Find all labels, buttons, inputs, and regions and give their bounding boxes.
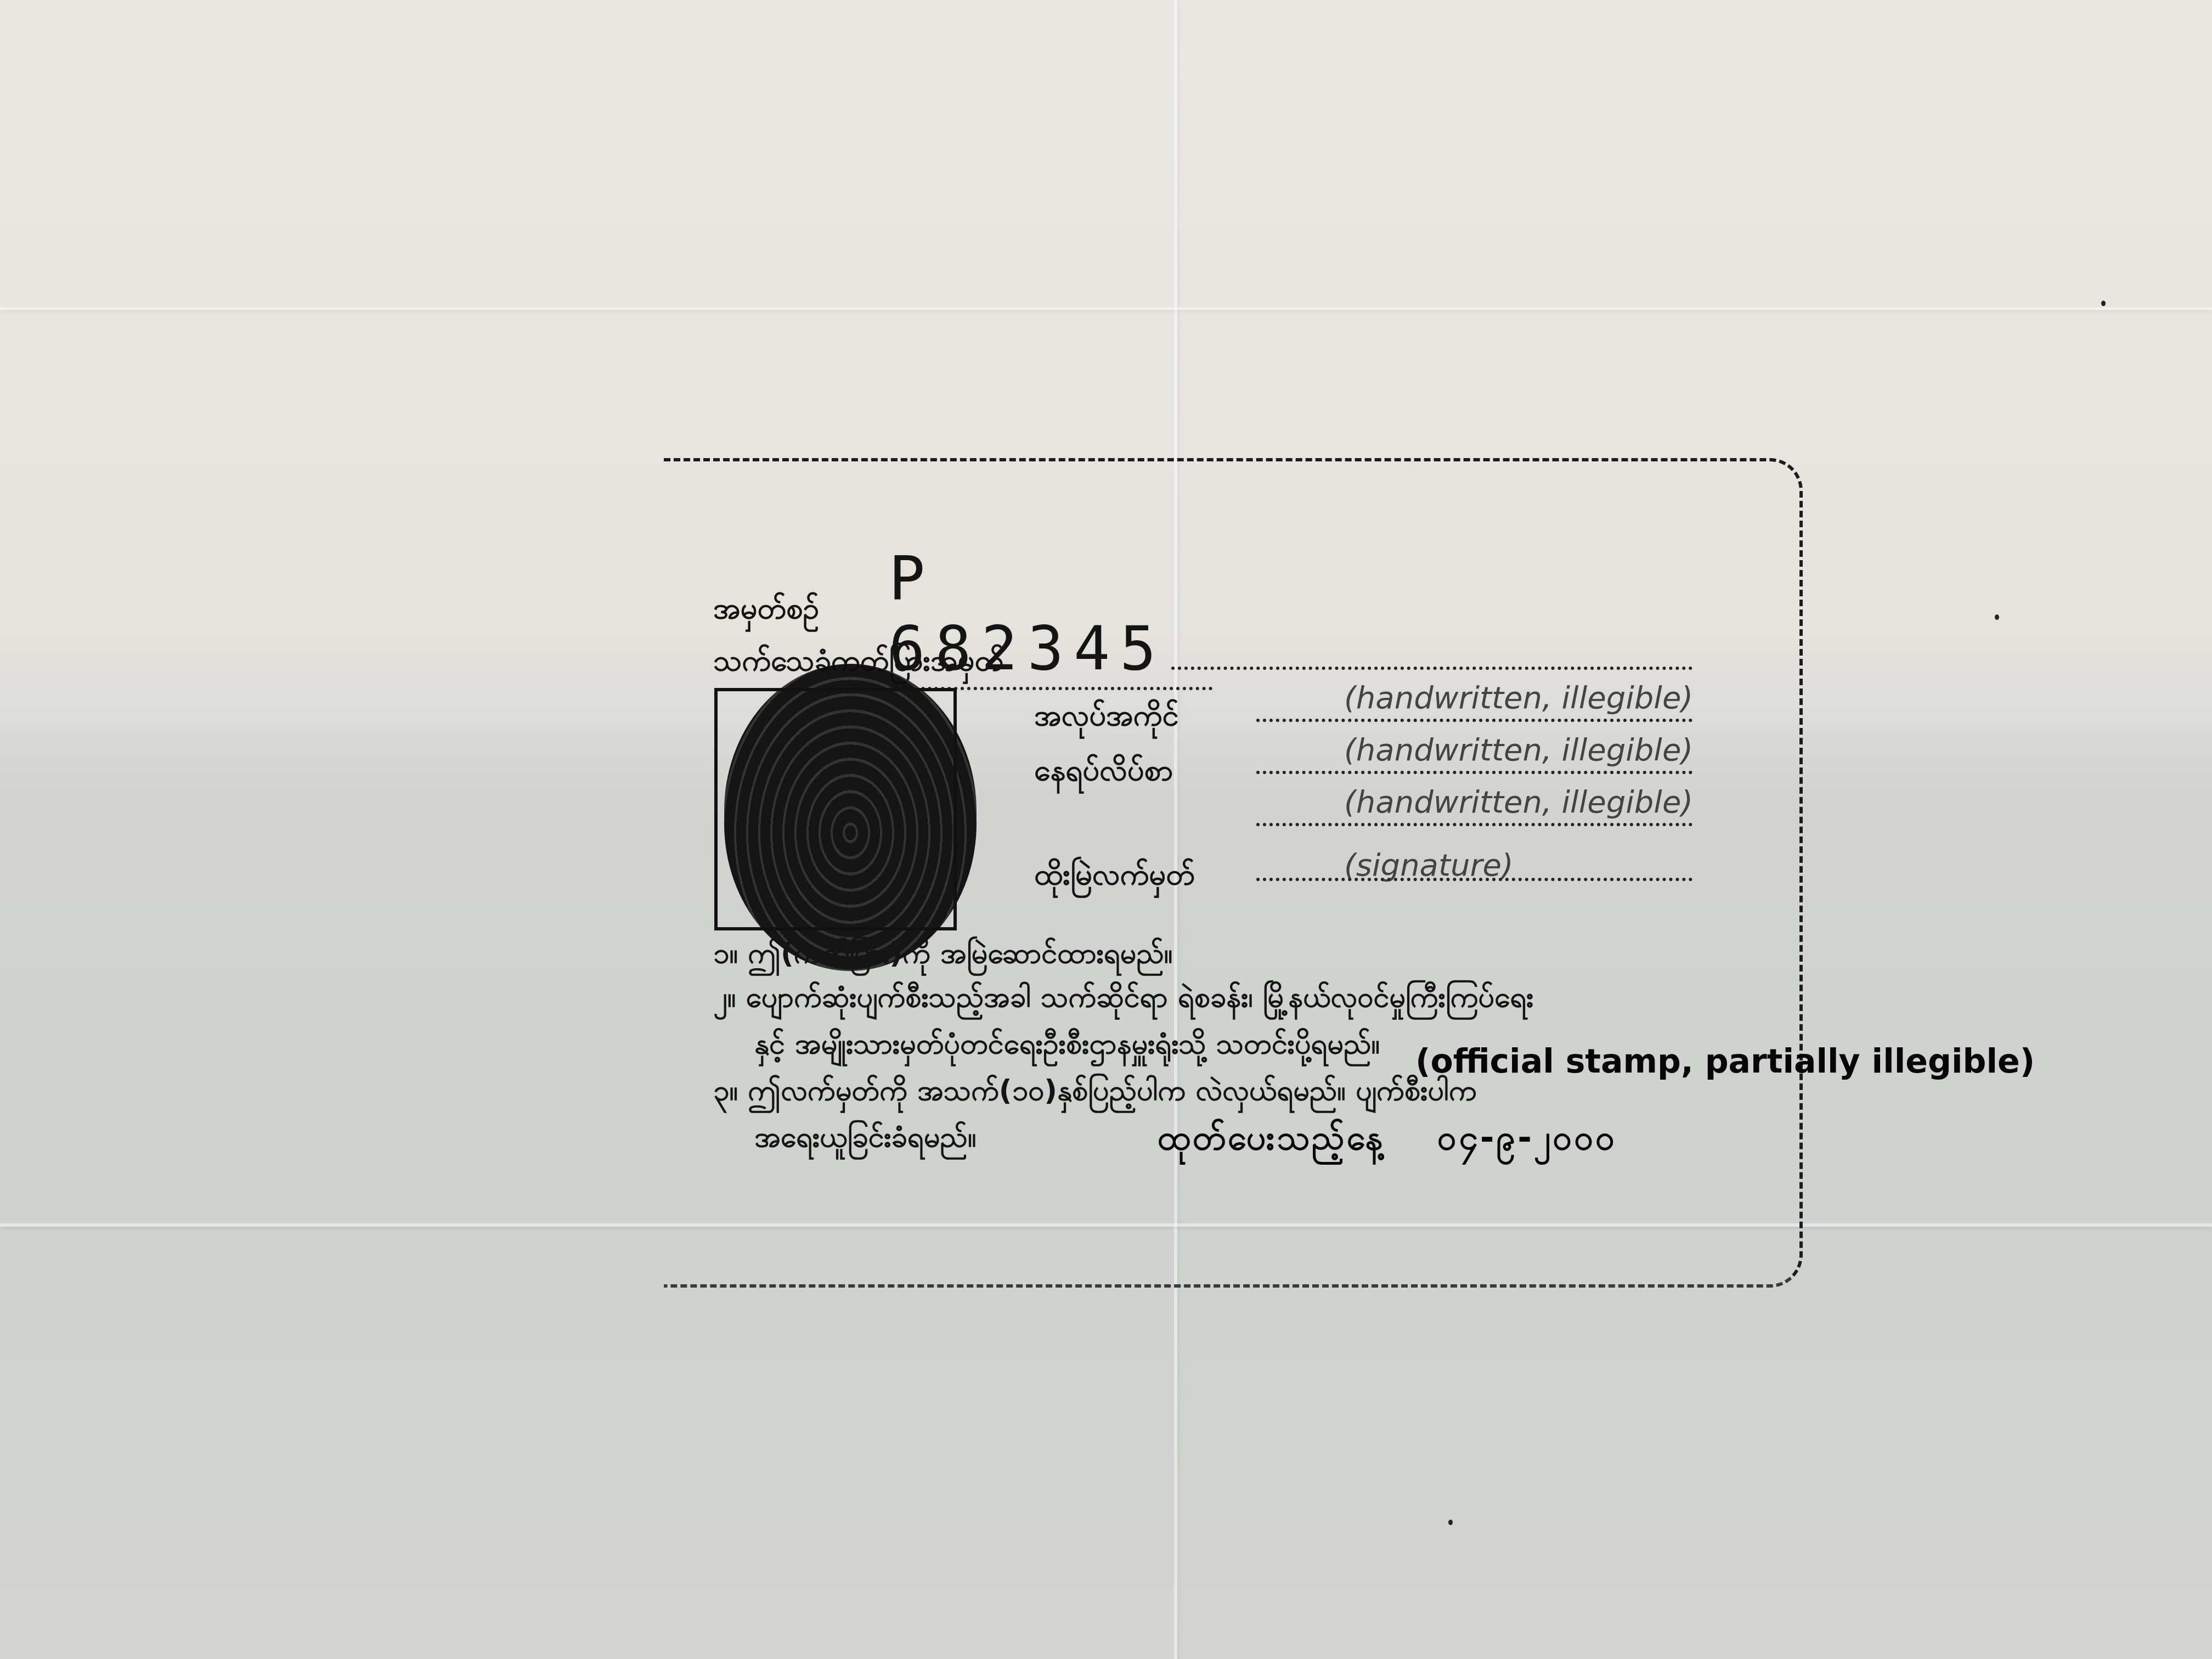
ink-speck [1448, 1520, 1453, 1525]
official-stamp: (official stamp, partially illegible) [1415, 1042, 2035, 1081]
address-value-2: (handwritten, illegible) [1344, 785, 1693, 820]
occupation-line [1256, 719, 1692, 722]
note-3-cont: အရေးယူခြင်းခံရမည်။ [754, 1119, 976, 1161]
thumbprint-box [714, 688, 957, 930]
address-label: နေရပ်လိပ်စာ [1034, 752, 1173, 795]
occupation-value: (handwritten, illegible) [1344, 680, 1693, 716]
serial-label: အမှတ်စဉ် [713, 590, 819, 633]
note-1: ၁။ ဤ(ကတ်ပြား)ကို အမြဲဆောင်ထားရမည်။ [713, 935, 1172, 977]
thumbprint-label: ထိုးမြဲလက်မှတ် [1034, 856, 1195, 899]
issue-date-label: ထုတ်ပေးသည့်နေ့ [1158, 1116, 1385, 1166]
address-line [1256, 771, 1692, 774]
note-3: ၃။ ဤလက်မှတ်ကို အသက်(၁၀)နှစ်ပြည့်ပါက လဲလှ… [713, 1073, 1477, 1114]
ink-speck [1995, 614, 1999, 620]
address-line-2 [1256, 823, 1692, 826]
certificate-no-line [1171, 667, 1692, 670]
note-2: ၂။ ပျောက်ဆုံးပျက်စီးသည့်အခါ သက်ဆိုင်ရာ ရ… [713, 979, 1533, 1021]
signature: (signature) [1344, 848, 1514, 883]
ink-speck [2101, 301, 2106, 306]
paper-fold-horizontal [0, 307, 2212, 310]
note-2-cont: နှင့် အမျိုးသားမှတ်ပုံတင်ရေးဦးစီးဌာနမှူး… [754, 1026, 1380, 1068]
address-value: (handwritten, illegible) [1344, 732, 1693, 768]
issue-date: ၀၄-၉-၂၀၀၀ [1437, 1116, 1617, 1166]
occupation-label: အလုပ်အကိုင် [1034, 697, 1178, 740]
